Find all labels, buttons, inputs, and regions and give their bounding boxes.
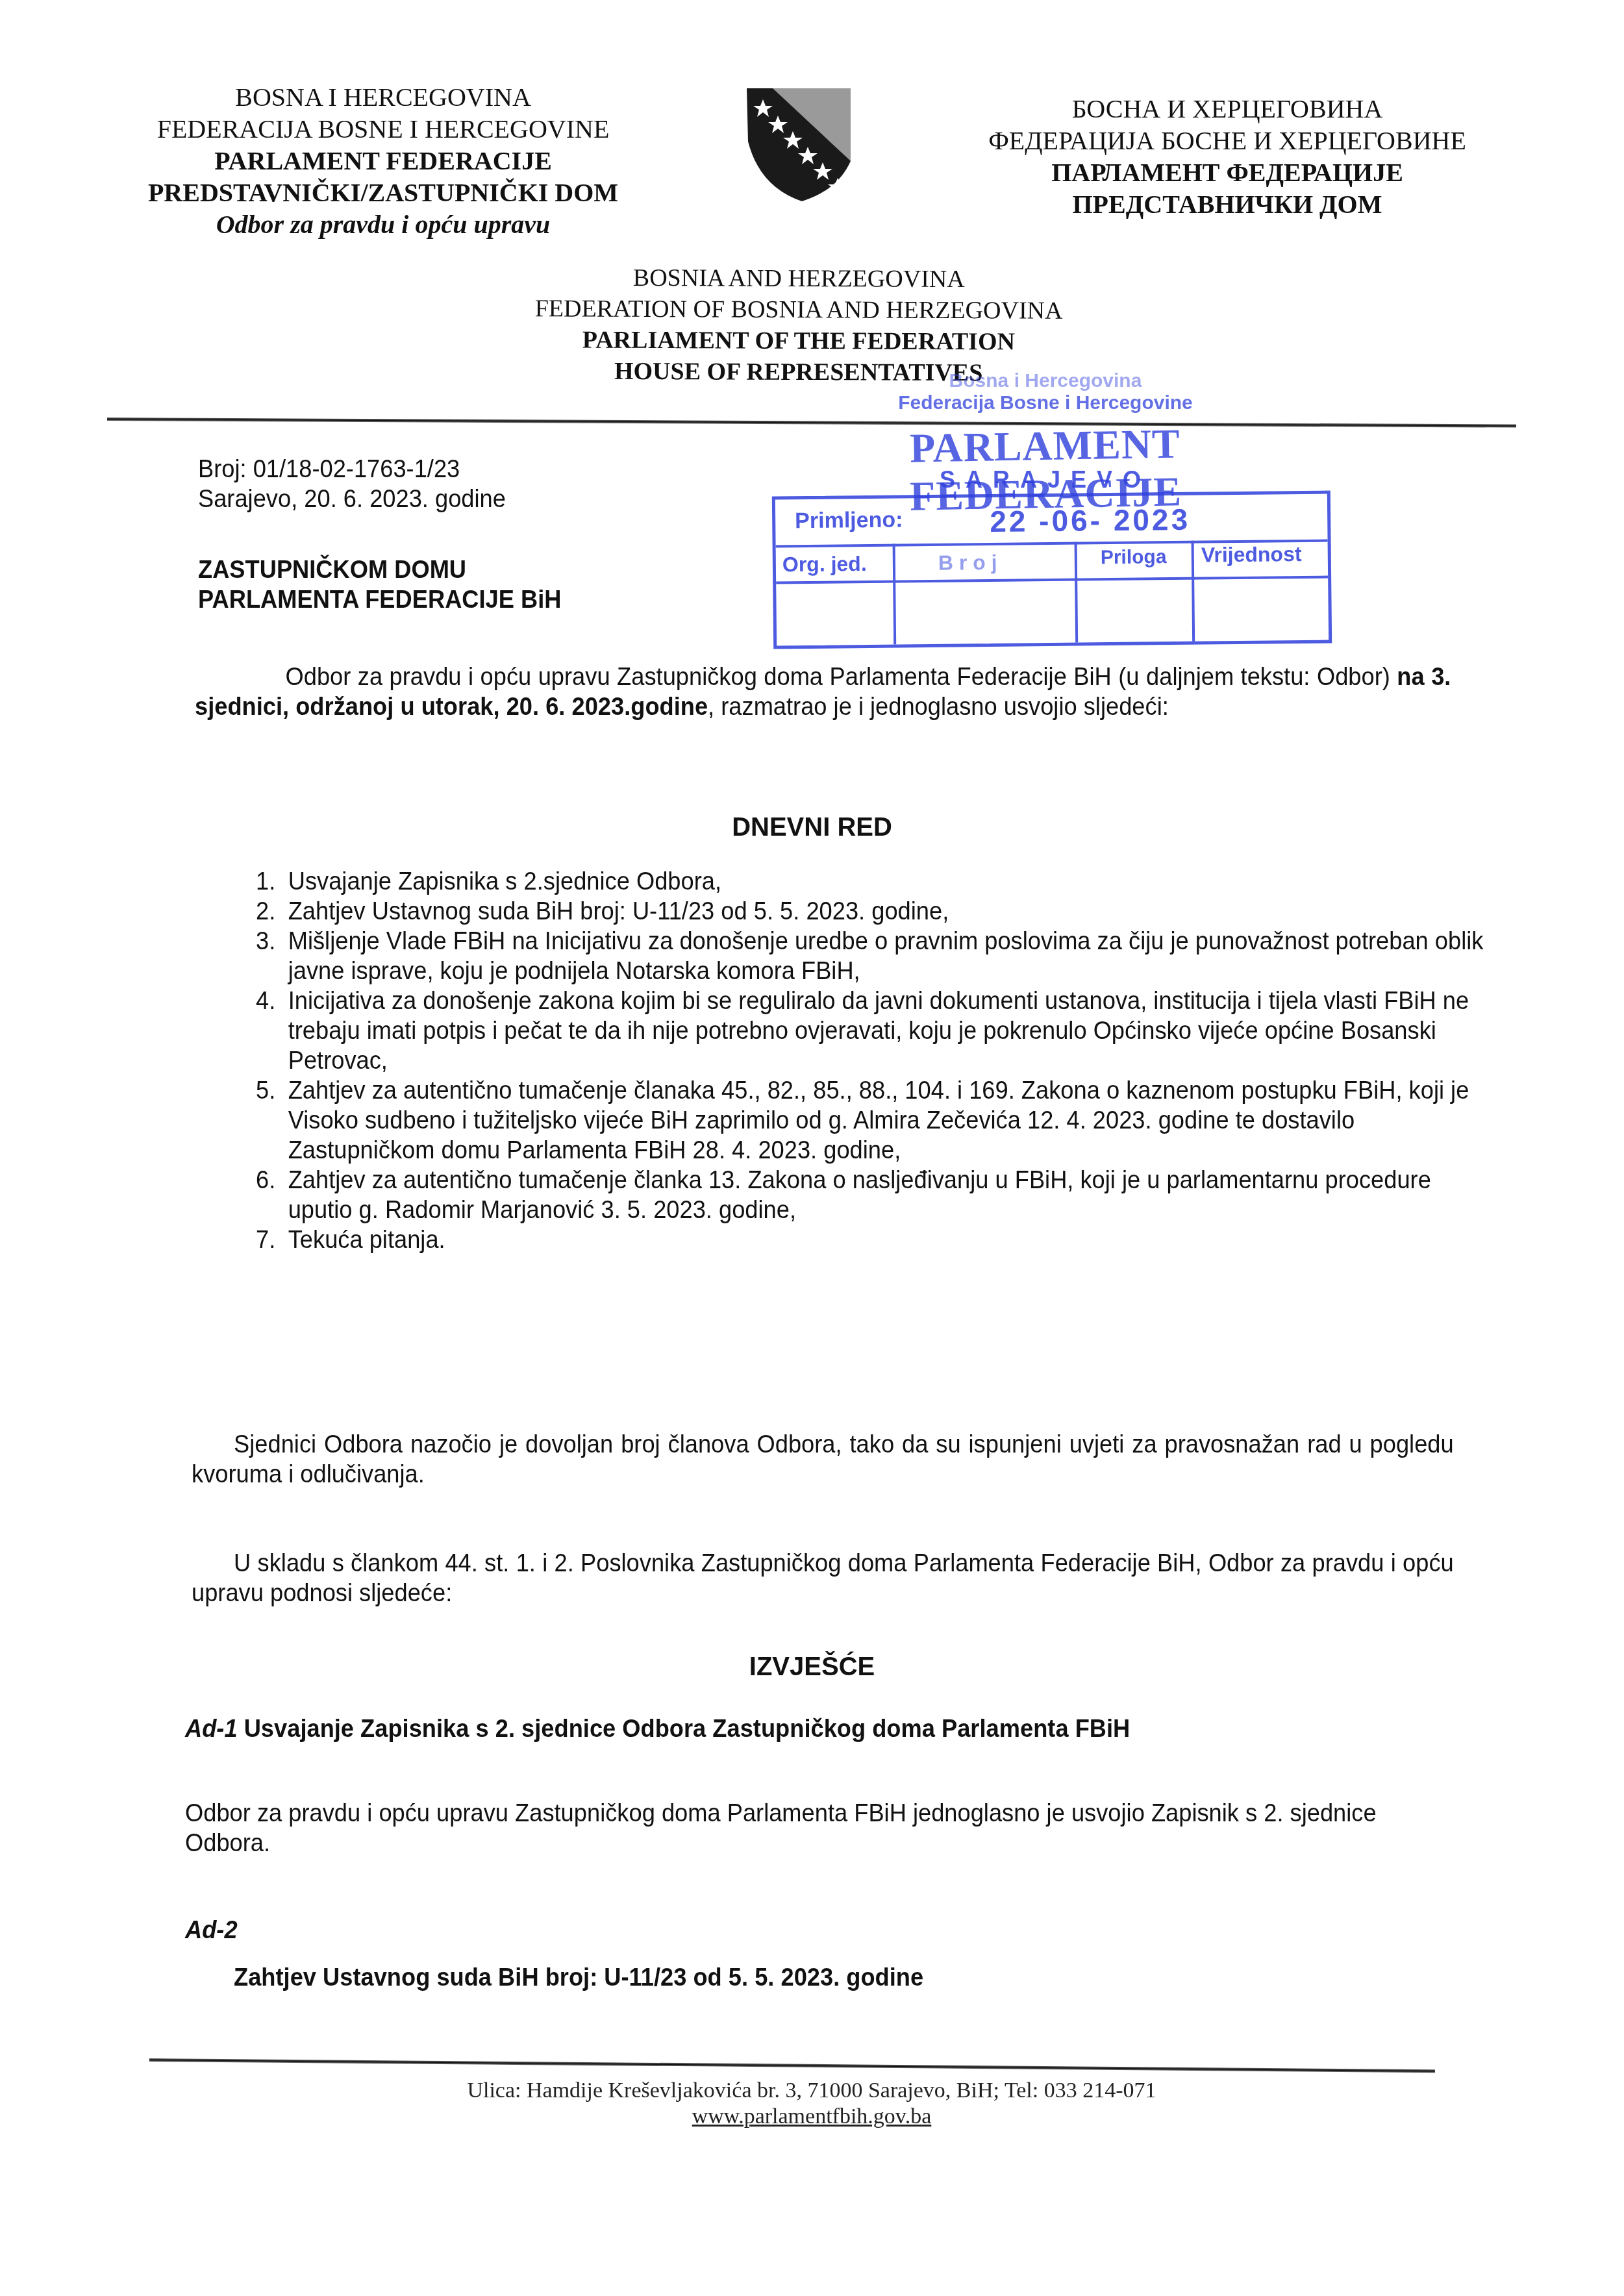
- agenda-item: Usvajanje Zapisnika s 2.sjednice Odbora,: [282, 867, 1484, 897]
- header-latin-line1: BOSNA I HERCEGOVINA: [143, 81, 623, 113]
- stamp-line1: Bosna i Hercegovina: [825, 370, 1266, 392]
- agenda-item: Zahtjev Ustavnog suda BiH broj: U-11/23 …: [282, 897, 1484, 927]
- stamp-header: Bosna i Hercegovina Federacija Bosne i H…: [825, 370, 1266, 414]
- document-place-date: Sarajevo, 20. 6. 2023. godine: [198, 484, 506, 514]
- agenda-item: Tekuća pitanja.: [282, 1225, 1484, 1255]
- header-latin-line2: FEDERACIJA BOSNE I HERCEGOVINE: [143, 113, 623, 145]
- header-english-line1: BOSNIA AND HERZEGOVINA: [455, 262, 1143, 296]
- stamp-line2: Federacija Bosne i Hercegovine: [825, 392, 1266, 414]
- intro-text: Odbor za pravdu i opću upravu Zastupničk…: [286, 663, 1397, 691]
- footer-website-link[interactable]: www.parlamentfbih.gov.ba: [390, 2104, 1234, 2130]
- quorum-paragraph: Sjednici Odbora nazočio je dovoljan broj…: [192, 1430, 1454, 1490]
- header-cyrillic-line1: БОСНА И ХЕРЦЕГОВИНА: [961, 93, 1493, 125]
- header-divider: [107, 418, 1516, 428]
- header-english-line2: FEDERATION OF BOSNIA AND HERZEGOVINA: [455, 293, 1143, 327]
- report-title: IZVJEŠĆE: [0, 1653, 1624, 1682]
- received-stamp: Primljeno: 22 -06- 2023 Org. jed. B r o …: [772, 491, 1332, 649]
- agenda-item: Zahtjev za autentično tumačenje članka 1…: [282, 1166, 1484, 1225]
- agenda-item: Zahtjev za autentično tumačenje članaka …: [282, 1076, 1484, 1166]
- addressee-line2: PARLAMENTA FEDERACIJE BiH: [198, 585, 562, 615]
- document-reference: Broj: 01/18-02-1763-1/23 Sarajevo, 20. 6…: [198, 455, 506, 514]
- footer: Ulica: Hamdije Kreševljakovića br. 3, 71…: [390, 2078, 1234, 2130]
- basis-text: U skladu s člankom 44. st. 1. i 2. Poslo…: [192, 1549, 1454, 1607]
- footer-divider: [149, 2058, 1435, 2073]
- header-cyrillic-line2: ФЕДЕРАЦИЈА БОСНЕ И ХЕРЦЕГОВИНЕ: [961, 125, 1493, 156]
- agenda-title: DNEVNI RED: [0, 813, 1624, 842]
- footer-address: Ulica: Hamdije Kreševljakovića br. 3, 71…: [390, 2078, 1234, 2104]
- stamp-col-org: Org. jed.: [782, 552, 867, 577]
- basis-paragraph: U skladu s člankom 44. st. 1. i 2. Poslo…: [192, 1549, 1454, 1608]
- stamp-col-broj: B r o j: [938, 551, 997, 575]
- header-latin-line4: PREDSTAVNIČKI/ZASTUPNIČKI DOM: [143, 177, 623, 208]
- intro-text-end: , razmatrao je i jednoglasno usvojio slj…: [708, 693, 1169, 721]
- header-latin-line3: PARLAMENT FEDERACIJE: [143, 145, 623, 177]
- ad1-text: Odbor za pravdu i opću upravu Zastupničk…: [185, 1799, 1453, 1858]
- quorum-text: Sjednici Odbora nazočio je dovoljan broj…: [192, 1430, 1454, 1488]
- header-english-line3: PARLIAMENT OF THE FEDERATION: [455, 324, 1143, 358]
- ad1-heading: Ad-1 Usvajanje Zapisnika s 2. sjednice O…: [185, 1714, 1130, 1744]
- ad1-title: Usvajanje Zapisnika s 2. sjednice Odbora…: [238, 1715, 1131, 1743]
- stamp-col-priloga: Priloga: [1101, 546, 1167, 569]
- bih-coat-of-arms-icon: [740, 83, 857, 203]
- addressee-line1: ZASTUPNIČKOM DOMU: [198, 555, 562, 585]
- agenda-item: Inicijativa za donošenje zakona kojim bi…: [282, 986, 1484, 1076]
- ad1-label: Ad-1: [185, 1715, 238, 1743]
- stamp-received-date: 22 -06- 2023: [990, 502, 1190, 539]
- agenda-list: Usvajanje Zapisnika s 2.sjednice Odbora,…: [234, 867, 1484, 1255]
- header-cyrillic-line4: ПРЕДСТАВНИЧКИ ДОМ: [961, 188, 1493, 220]
- header-cyrillic-line3: ПАРЛАМЕНТ ФЕДЕРАЦИЈЕ: [961, 156, 1493, 188]
- header-cyrillic: БОСНА И ХЕРЦЕГОВИНА ФЕДЕРАЦИЈА БОСНЕ И Х…: [961, 93, 1493, 220]
- committee-name: Odbor za pravdu i opću upravu: [143, 208, 623, 240]
- stamp-city: SARAJEVO: [825, 466, 1266, 493]
- ad2-title: Zahtjev Ustavnog suda BiH broj: U-11/23 …: [234, 1963, 923, 1993]
- ad2-label: Ad-2: [185, 1915, 238, 1945]
- header-latin: BOSNA I HERCEGOVINA FEDERACIJA BOSNE I H…: [143, 81, 623, 240]
- document-number: Broj: 01/18-02-1763-1/23: [198, 455, 506, 484]
- agenda-item: Mišljenje Vlade FBiH na Inicijativu za d…: [282, 927, 1484, 986]
- addressee: ZASTUPNIČKOM DOMU PARLAMENTA FEDERACIJE …: [198, 555, 562, 615]
- stamp-received-label: Primljeno:: [795, 507, 903, 534]
- stamp-col-vrijednost: Vrijednost: [1201, 542, 1302, 568]
- intro-paragraph: Odbor za pravdu i opću upravu Zastupničk…: [195, 662, 1451, 722]
